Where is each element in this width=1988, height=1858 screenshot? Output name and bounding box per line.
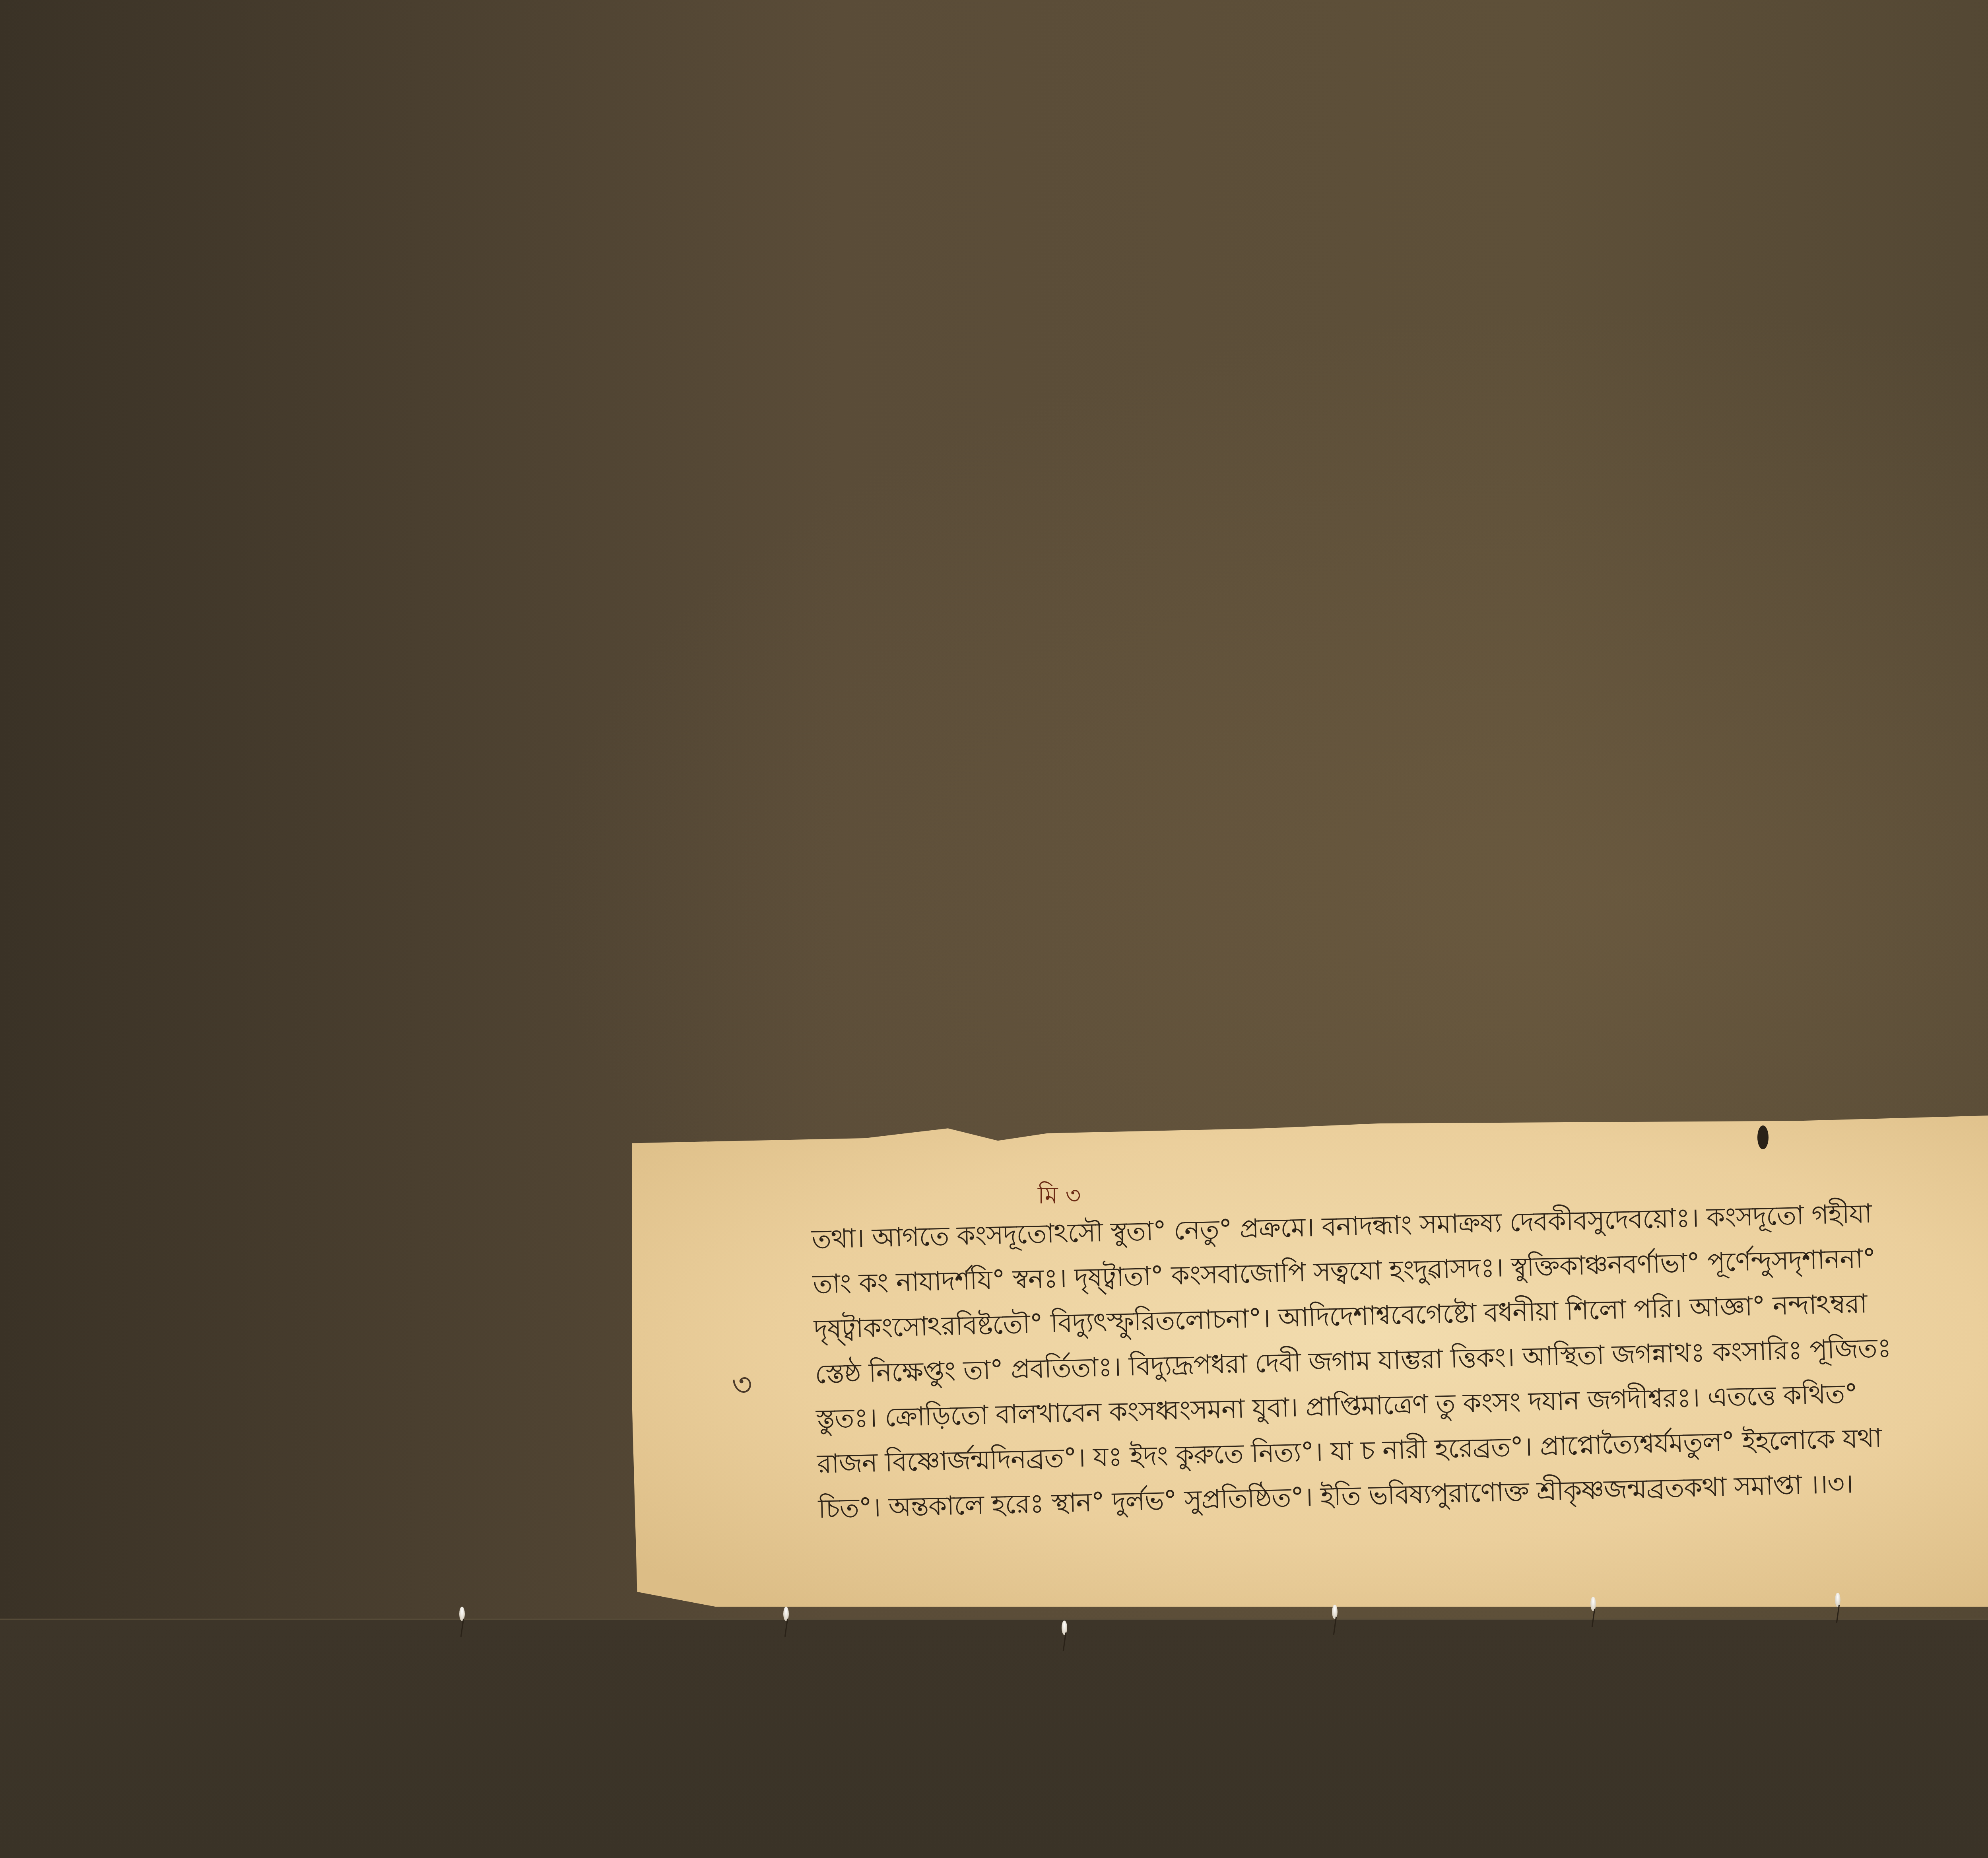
paper-hole (1757, 1125, 1769, 1149)
pin-icon (1062, 1621, 1067, 1635)
pin-icon (1332, 1605, 1338, 1619)
margin-number: ৩ (732, 1360, 752, 1413)
manuscript-leaf: মি ৩ ৩ তথা। আগতে কংসদূতোঽসৌ স্বুতা° নেতু… (632, 1114, 1988, 1607)
pin-icon (1835, 1593, 1840, 1607)
pin-icon (459, 1607, 465, 1621)
pin-icon (783, 1607, 789, 1621)
pin-icon (1590, 1597, 1596, 1611)
board-lower-panel (0, 1619, 1988, 1858)
manuscript-text: তথা। আগতে কংসদূতোঽসৌ স্বুতা° নেতু° প্রক্… (811, 1182, 1988, 1531)
